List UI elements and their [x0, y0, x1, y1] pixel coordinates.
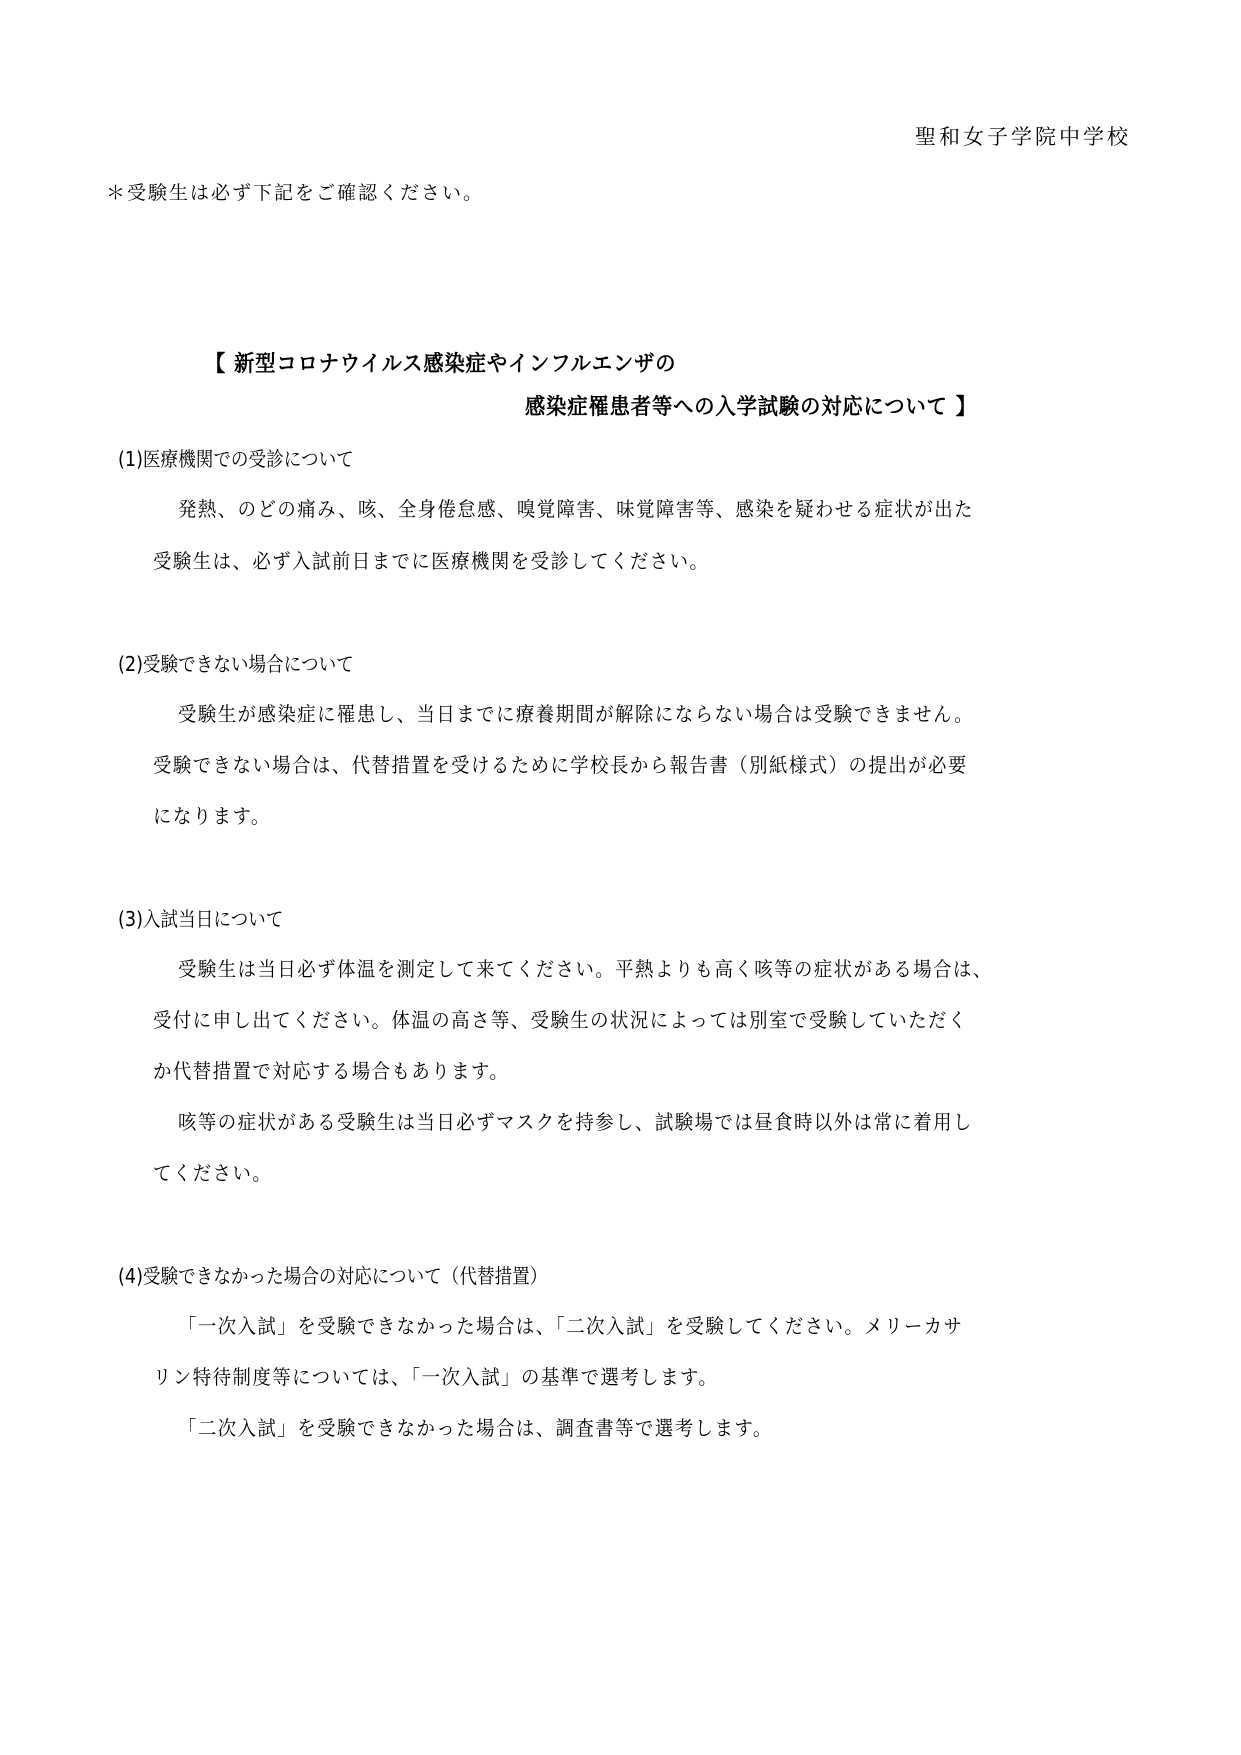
- document-title-line1: 【 新型コロナウイルス感染症やインフルエンザの: [205, 347, 676, 378]
- section-3-line: てください。: [153, 1157, 272, 1186]
- section-4-line: 「二次入試」を受験できなかった場合は、調査書等で選考します。: [178, 1412, 773, 1441]
- section-1-line: 発熱、のどの痛み、咳、全身倦怠感、嗅覚障害、味覚障害等、感染を疑わせる症状が出た: [178, 493, 974, 522]
- section-4-line: 「一次入試」を受験できなかった場合は、「二次入試」を受験してください。メリーカサ: [178, 1310, 963, 1339]
- section-1-heading: (1)医療機関での受診について: [118, 443, 354, 472]
- section-2-heading: (2)受験できない場合について: [118, 648, 354, 677]
- section-2-line: 受験できない場合は、代替措置を受けるために学校長から報告書（別紙様式）の提出が必…: [153, 749, 968, 778]
- section-3-line: か代替措置で対応する場合もあります。: [153, 1055, 509, 1084]
- section-2-line: になります。: [153, 800, 271, 829]
- school-name: 聖和女子学院中学校: [915, 121, 1131, 151]
- notice-text: ＊受験生は必ず下記をご確認ください。: [106, 178, 484, 205]
- section-3-line: 受付に申し出てください。体温の高さ等、受験生の状況によっては別室で受験していただ…: [153, 1004, 968, 1033]
- document-title-line2: 感染症罹患者等への入学試験の対応について 】: [525, 390, 977, 421]
- section-2-line: 受験生が感染症に罹患し、当日までに療養期間が解除にならない場合は受験できません。: [178, 698, 974, 727]
- section-3-line: 受験生は当日必ず体温を測定して来てください。平熱よりも高く咳等の症状がある場合は…: [178, 953, 993, 982]
- section-1-line: 受験生は、必ず入試前日までに医療機関を受診してください。: [153, 545, 709, 574]
- section-4-line: リン特待制度等については、「一次入試」の基準で選考します。: [153, 1361, 718, 1390]
- section-4-heading: (4)受験できなかった場合の対応について（代替措置）: [118, 1260, 547, 1289]
- section-3-line: 咳等の症状がある受験生は当日必ずマスクを持参し、試験場では昼食時以外は常に着用し: [178, 1106, 973, 1135]
- section-3-heading: (3)入試当日について: [118, 903, 283, 932]
